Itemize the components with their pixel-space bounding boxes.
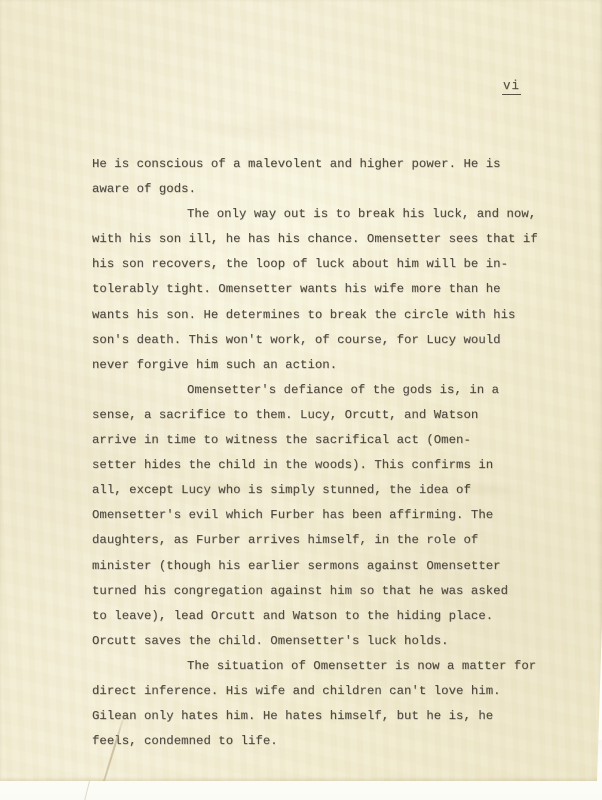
text-line: Omensetter's evil which Furber has been …: [92, 503, 562, 528]
scanned-manuscript-page: vi He is conscious of a malevolent and h…: [0, 0, 602, 800]
page-number: vi: [502, 79, 521, 95]
text-line: tolerably tight. Omensetter wants his wi…: [92, 277, 562, 302]
text-line: never forgive him such an action.: [92, 353, 562, 378]
text-line: aware of gods.: [92, 177, 562, 202]
text-line: arrive in time to witness the sacrifical…: [92, 428, 562, 453]
text-line: The only way out is to break his luck, a…: [92, 202, 562, 227]
text-line: The situation of Omensetter is now a mat…: [92, 654, 562, 679]
toner-smudge: [150, 110, 390, 146]
text-line: turned his congregation against him so t…: [92, 579, 562, 604]
text-line: to leave), lead Orcutt and Watson to the…: [92, 604, 562, 629]
text-line: setter hides the child in the woods). Th…: [92, 453, 562, 478]
text-line: with his son ill, he has his chance. Ome…: [92, 227, 562, 252]
typewritten-text: He is conscious of a malevolent and high…: [92, 152, 562, 754]
text-line: Orcutt saves the child. Omensetter's luc…: [92, 629, 562, 654]
text-line: wants his son. He determines to break th…: [92, 303, 562, 328]
text-line: minister (though his earlier sermons aga…: [92, 554, 562, 579]
typewritten-sheet: vi He is conscious of a malevolent and h…: [0, 0, 602, 781]
text-line: direct inference. His wife and children …: [92, 679, 562, 704]
text-line: daughters, as Furber arrives himself, in…: [92, 528, 562, 553]
text-line: all, except Lucy who is simply stunned, …: [92, 478, 562, 503]
text-line: Gilean only hates him. He hates himself,…: [92, 704, 562, 729]
text-line: son's death. This won't work, of course,…: [92, 328, 562, 353]
text-line: sense, a sacrifice to them. Lucy, Orcutt…: [92, 403, 562, 428]
text-line: Omensetter's defiance of the gods is, in…: [92, 378, 562, 403]
text-line: He is conscious of a malevolent and high…: [92, 152, 562, 177]
text-line: his son recovers, the loop of luck about…: [92, 252, 562, 277]
text-line: feels, condemned to life.: [92, 729, 562, 754]
